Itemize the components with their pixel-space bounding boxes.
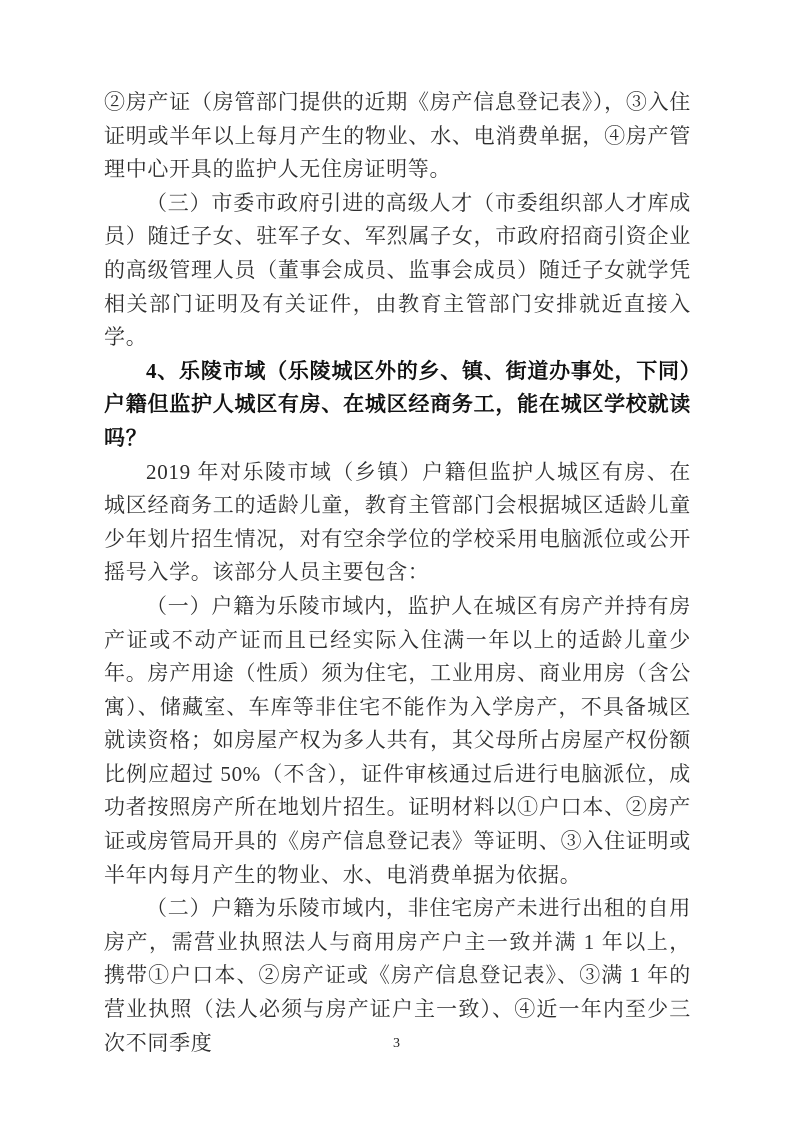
paragraph-item-one: （一）户籍为乐陵市域内，监护人在城区有房产并持有房产证或不动产证而且已经实际入住…: [104, 590, 691, 892]
paragraph-continuation-certificates: ②房产证（房管部门提供的近期《房产信息登记表》），③入住证明或半年以上每月产生的…: [104, 86, 691, 187]
section-heading-question-4: 4、乐陵市域（乐陵城区外的乡、镇、街道办事处，下同）户籍但监护人城区有房、在城区…: [104, 355, 691, 456]
paragraph-item-three: （三）市委市政府引进的高级人才（市委组织部人才库成员）随迁子女、驻军子女、军烈属…: [104, 187, 691, 355]
page-number: 3: [0, 1036, 793, 1052]
document-body: ②房产证（房管部门提供的近期《房产信息登记表》），③入住证明或半年以上每月产生的…: [104, 86, 691, 1060]
paragraph-policy-overview: 2019 年对乐陵市域（乡镇）户籍但监护人城区有房、在城区经商务工的适龄儿童，教…: [104, 456, 691, 590]
document-page: ②房产证（房管部门提供的近期《房产信息登记表》），③入住证明或半年以上每月产生的…: [0, 0, 793, 1122]
